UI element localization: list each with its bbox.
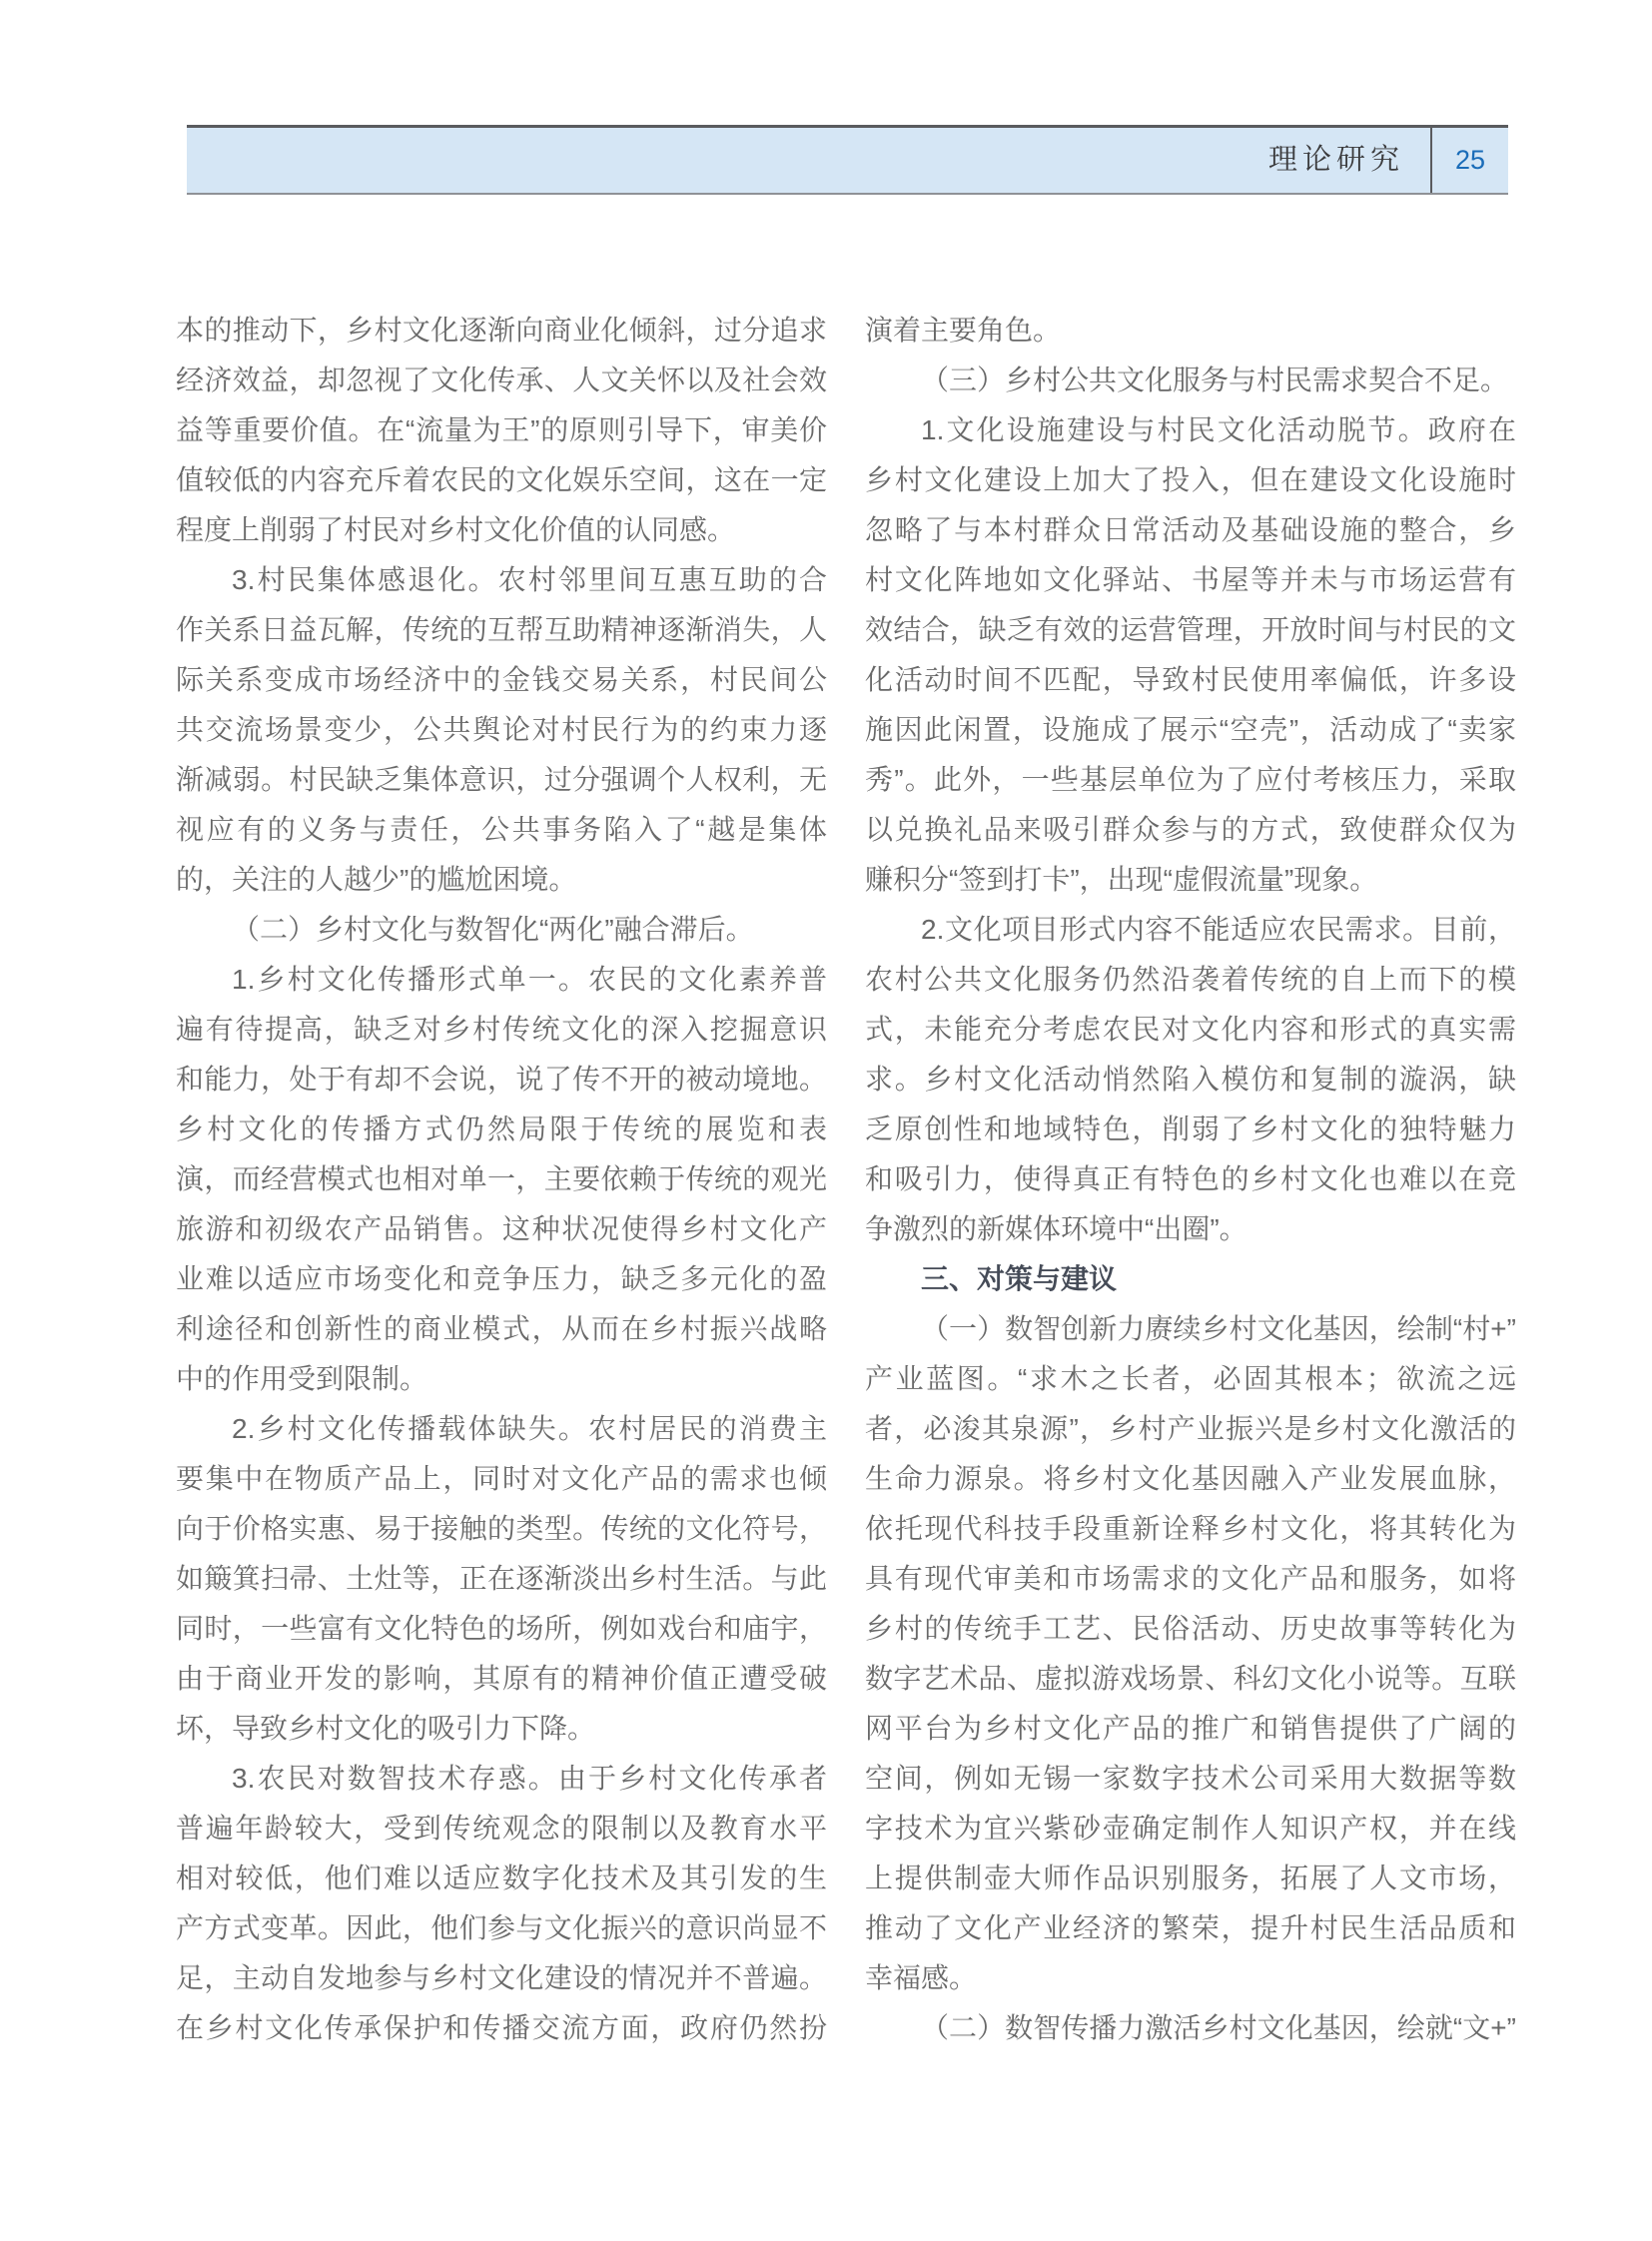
text-line: 施因此闲置，设施成了展示“空壳”，活动成了“卖家 bbox=[865, 705, 1516, 755]
text-line: 生命力源泉。将乡村文化基因融入产业发展血脉， bbox=[865, 1454, 1516, 1504]
text-line: 赚积分“签到打卡”，出现“虚假流量”现象。 bbox=[865, 855, 1516, 905]
text-line: 际关系变成市场经济中的金钱交易关系，村民间公 bbox=[176, 655, 827, 705]
text-line: （二）数智传播力激活乡村文化基因，绘就“文+” bbox=[865, 2003, 1516, 2053]
text-line: 的，关注的人越少”的尴尬困境。 bbox=[176, 855, 827, 905]
right-column: 演着主要角色。（三）乡村公共文化服务与村民需求契合不足。1.文化设施建设与村民文… bbox=[865, 306, 1516, 2053]
text-line: 坏，导致乡村文化的吸引力下降。 bbox=[176, 1704, 827, 1754]
text-line: 普遍年龄较大，受到传统观念的限制以及教育水平 bbox=[176, 1804, 827, 1854]
text-line: 共交流场景变少，公共舆论对村民行为的约束力逐 bbox=[176, 705, 827, 755]
text-line: 空间，例如无锡一家数字技术公司采用大数据等数 bbox=[865, 1754, 1516, 1804]
text-line: 相对较低，他们难以适应数字化技术及其引发的生 bbox=[176, 1854, 827, 1903]
text-line: 程度上削弱了村民对乡村文化价值的认同感。 bbox=[176, 505, 827, 555]
text-line: 在乡村文化传承保护和传播交流方面，政府仍然扮 bbox=[176, 2003, 827, 2053]
text-line: 要集中在物质产品上，同时对文化产品的需求也倾 bbox=[176, 1454, 827, 1504]
text-line: 旅游和初级农产品销售。这种状况使得乡村文化产 bbox=[176, 1204, 827, 1254]
text-line: 本的推动下，乡村文化逐渐向商业化倾斜，过分追求 bbox=[176, 306, 827, 356]
text-line: 1.乡村文化传播形式单一。农民的文化素养普 bbox=[176, 955, 827, 1005]
text-line: 中的作用受到限制。 bbox=[176, 1354, 827, 1404]
text-line: 上提供制壶大师作品识别服务，拓展了人文市场， bbox=[865, 1854, 1516, 1903]
left-column: 本的推动下，乡村文化逐渐向商业化倾斜，过分追求经济效益，却忽视了文化传承、人文关… bbox=[176, 306, 827, 2053]
text-line: 效结合，缺乏有效的运营管理，开放时间与村民的文 bbox=[865, 605, 1516, 655]
text-line: （三）乡村公共文化服务与村民需求契合不足。 bbox=[865, 356, 1516, 405]
text-line: 向于价格实惠、易于接触的类型。传统的文化符号， bbox=[176, 1504, 827, 1554]
text-line: 乏原创性和地域特色，削弱了乡村文化的独特魅力 bbox=[865, 1105, 1516, 1154]
text-line: 益等重要价值。在“流量为王”的原则引导下，审美价 bbox=[176, 405, 827, 455]
text-line: 网平台为乡村文化产品的推广和销售提供了广阔的 bbox=[865, 1704, 1516, 1754]
text-line: 和吸引力，使得真正有特色的乡村文化也难以在竞 bbox=[865, 1154, 1516, 1204]
text-line: 足，主动自发地参与乡村文化建设的情况并不普遍。 bbox=[176, 1953, 827, 2003]
text-line: 由于商业开发的影响，其原有的精神价值正遭受破 bbox=[176, 1654, 827, 1704]
text-line: 演，而经营模式也相对单一，主要依赖于传统的观光 bbox=[176, 1154, 827, 1204]
text-line: 争激烈的新媒体环境中“出圈”。 bbox=[865, 1204, 1516, 1254]
text-line: 依托现代科技手段重新诠释乡村文化，将其转化为 bbox=[865, 1504, 1516, 1554]
text-line: 遍有待提高，缺乏对乡村传统文化的深入挖掘意识 bbox=[176, 1005, 827, 1055]
text-line: 1.文化设施建设与村民文化活动脱节。政府在 bbox=[865, 405, 1516, 455]
text-line: 产方式变革。因此，他们参与文化振兴的意识尚显不 bbox=[176, 1903, 827, 1953]
text-line: 视应有的义务与责任，公共事务陷入了“越是集体 bbox=[176, 805, 827, 855]
text-line: （一）数智创新力赓续乡村文化基因，绘制“村+” bbox=[865, 1304, 1516, 1354]
text-line: 演着主要角色。 bbox=[865, 306, 1516, 356]
text-line: 和能力，处于有却不会说，说了传不开的被动境地。 bbox=[176, 1055, 827, 1105]
text-line: 3.村民集体感退化。农村邻里间互惠互助的合 bbox=[176, 555, 827, 605]
text-line: 产业蓝图。“求木之长者，必固其根本；欲流之远 bbox=[865, 1354, 1516, 1404]
text-line: 忽略了与本村群众日常活动及基础设施的整合，乡 bbox=[865, 505, 1516, 555]
text-line: 者，必浚其泉源”，乡村产业振兴是乡村文化激活的 bbox=[865, 1404, 1516, 1454]
text-line: 村文化阵地如文化驿站、书屋等并未与市场运营有 bbox=[865, 555, 1516, 605]
text-line: 农村公共文化服务仍然沿袭着传统的自上而下的模 bbox=[865, 955, 1516, 1005]
text-line: 式，未能充分考虑农民对文化内容和形式的真实需 bbox=[865, 1005, 1516, 1055]
section-heading: 三、对策与建议 bbox=[865, 1254, 1516, 1304]
text-line: 经济效益，却忽视了文化传承、人文关怀以及社会效 bbox=[176, 356, 827, 405]
text-line: 秀”。此外，一些基层单位为了应付考核压力，采取 bbox=[865, 755, 1516, 805]
text-line: 作关系日益瓦解，传统的互帮互助精神逐渐消失，人 bbox=[176, 605, 827, 655]
text-line: 字技术为宜兴紫砂壶确定制作人知识产权，并在线 bbox=[865, 1804, 1516, 1854]
text-line: 2.文化项目形式内容不能适应农民需求。目前， bbox=[865, 905, 1516, 955]
text-line: 如簸箕扫帚、土灶等，正在逐渐淡出乡村生活。与此 bbox=[176, 1554, 827, 1604]
page-header: 理论研究 25 bbox=[187, 125, 1508, 195]
text-line: 乡村文化的传播方式仍然局限于传统的展览和表 bbox=[176, 1105, 827, 1154]
page-number: 25 bbox=[1432, 147, 1508, 174]
text-line: 值较低的内容充斥着农民的文化娱乐空间，这在一定 bbox=[176, 455, 827, 505]
text-line: 同时，一些富有文化特色的场所，例如戏台和庙宇， bbox=[176, 1604, 827, 1654]
text-line: 渐减弱。村民缺乏集体意识，过分强调个人权利，无 bbox=[176, 755, 827, 805]
text-line: 以兑换礼品来吸引群众参与的方式，致使群众仅为 bbox=[865, 805, 1516, 855]
text-line: 2.乡村文化传播载体缺失。农村居民的消费主 bbox=[176, 1404, 827, 1454]
text-line: 具有现代审美和市场需求的文化产品和服务，如将 bbox=[865, 1554, 1516, 1604]
text-line: 幸福感。 bbox=[865, 1953, 1516, 2003]
text-line: 数字艺术品、虚拟游戏场景、科幻文化小说等。互联 bbox=[865, 1654, 1516, 1704]
journal-page: 理论研究 25 本的推动下，乡村文化逐渐向商业化倾斜，过分追求经济效益，却忽视了… bbox=[0, 0, 1652, 2241]
text-line: 3.农民对数智技术存惑。由于乡村文化传承者 bbox=[176, 1754, 827, 1804]
text-line: （二）乡村文化与数智化“两化”融合滞后。 bbox=[176, 905, 827, 955]
section-title: 理论研究 bbox=[1268, 146, 1430, 175]
text-line: 求。乡村文化活动悄然陷入模仿和复制的漩涡，缺 bbox=[865, 1055, 1516, 1105]
text-line: 利途径和创新性的商业模式，从而在乡村振兴战略 bbox=[176, 1304, 827, 1354]
text-line: 乡村的传统手工艺、民俗活动、历史故事等转化为 bbox=[865, 1604, 1516, 1654]
text-line: 乡村文化建设上加大了投入，但在建设文化设施时 bbox=[865, 455, 1516, 505]
text-line: 业难以适应市场变化和竞争压力，缺乏多元化的盈 bbox=[176, 1254, 827, 1304]
text-line: 推动了文化产业经济的繁荣，提升村民生活品质和 bbox=[865, 1903, 1516, 1953]
text-line: 化活动时间不匹配，导致村民使用率偏低，许多设 bbox=[865, 655, 1516, 705]
